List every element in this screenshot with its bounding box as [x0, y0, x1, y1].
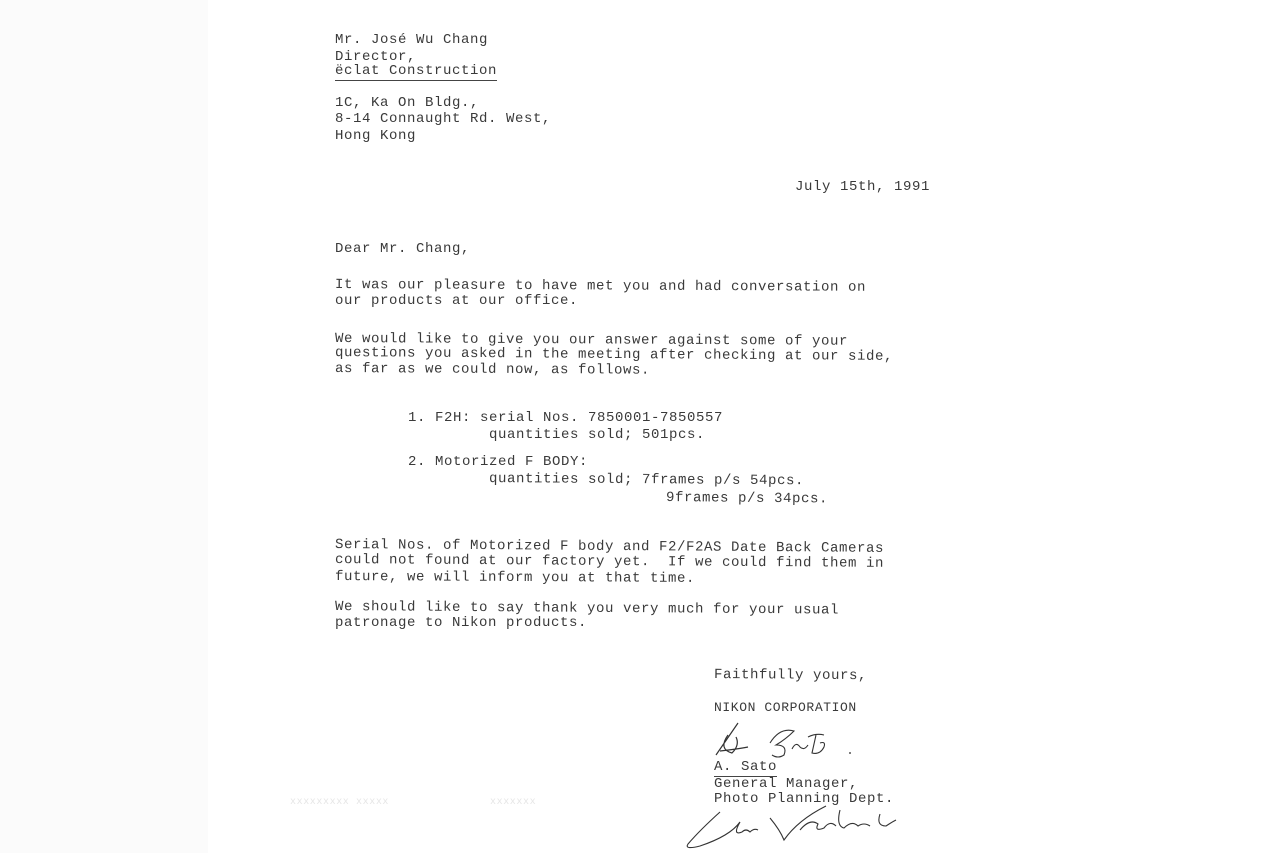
address-line-2: 8-14 Connaught Rd. West,: [335, 112, 551, 127]
paragraph-1-line-2: our products at our office.: [335, 294, 578, 309]
item-2-line-2: quantities sold; 7frames p/s 54pcs.: [489, 472, 804, 489]
valediction: Faithfully yours,: [714, 668, 867, 684]
recipient-name: Mr. José Wu Chang: [335, 33, 488, 48]
item-2-line-3: 9frames p/s 34pcs.: [666, 491, 828, 507]
salutation: Dear Mr. Chang,: [335, 242, 470, 257]
recipient-company: ëclat Construction: [335, 64, 497, 81]
signatory-name: A. Sato: [714, 760, 777, 777]
scan-margin: [0, 0, 208, 853]
letter-date: July 15th, 1991: [795, 180, 930, 195]
signature-sato: [708, 715, 868, 765]
item-2-line-1: 2. Motorized F BODY:: [408, 455, 588, 470]
signatory-position: General Manager,: [714, 777, 858, 792]
faint-footer-text-1: xxxxxxxxx xxxxx: [290, 795, 389, 810]
item-1-line-1: 1. F2H: serial Nos. 7850001-7850557: [408, 411, 723, 426]
paragraph-4-line-2: patronage to Nikon products.: [335, 616, 587, 631]
paragraph-3-line-3: future, we will inform you at that time.: [335, 570, 695, 587]
paragraph-2-line-3: as far as we could now, as follows.: [335, 362, 650, 379]
address-line-1: 1C, Ka On Bldg.,: [335, 96, 479, 111]
company-name: NIKON CORPORATION: [714, 700, 857, 715]
faint-footer-text-2: xxxxxxx: [490, 795, 536, 810]
second-signature: [680, 800, 920, 853]
letter-page: Mr. José Wu Chang Director, ëclat Constr…: [0, 0, 1280, 853]
item-1-line-2: quantities sold; 501pcs.: [489, 428, 705, 443]
address-line-3: Hong Kong: [335, 129, 416, 144]
